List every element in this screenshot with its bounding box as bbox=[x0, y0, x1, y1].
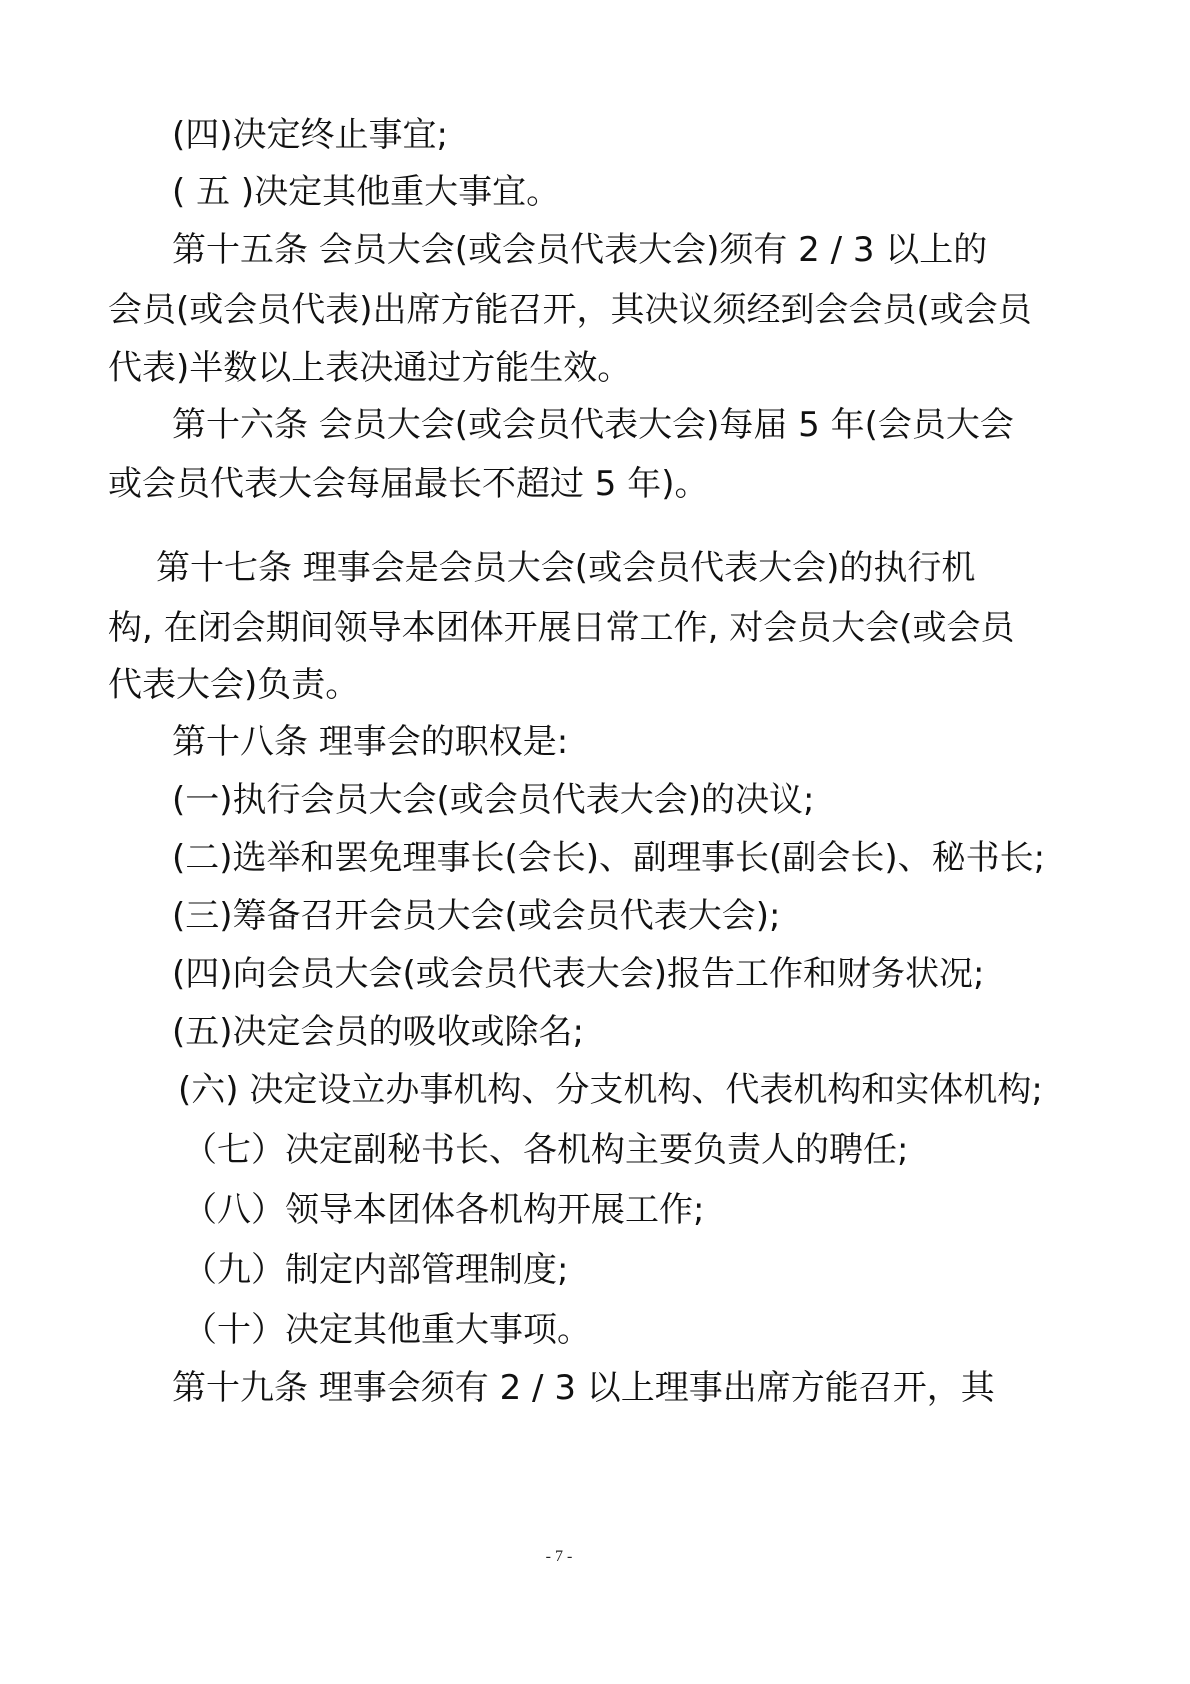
article-18-item-4: (四)向会员大会(或会员代表大会)报告工作和财务状况; bbox=[172, 954, 985, 994]
article-16-line-1: 第十六条 会员大会(或会员代表大会)每届 5 年(会员大会 bbox=[172, 405, 1014, 445]
article-18-item-1: (一)执行会员大会(或会员代表大会)的决议; bbox=[172, 780, 815, 820]
article-18-item-10: （十）决定其他重大事项。 bbox=[183, 1310, 591, 1350]
page-number: - 7 - bbox=[0, 1548, 1118, 1566]
article-15-line-3: 代表)半数以上表决通过方能生效。 bbox=[108, 348, 631, 388]
article-15-line-2: 会员(或会员代表)出席方能召开，其决议须经到会会员(或会员 bbox=[108, 290, 1032, 330]
article-18-item-9: （九）制定内部管理制度; bbox=[183, 1250, 568, 1290]
article-15-line-1: 第十五条 会员大会(或会员代表大会)须有 2 / 3 以上的 bbox=[172, 230, 987, 270]
text-line-si-terminate: (四)决定终止事宜; bbox=[172, 115, 448, 155]
text-line-wu-other-matters: ( 五 )决定其他重大事宜。 bbox=[172, 172, 560, 212]
article-16-line-2: 或会员代表大会每届最长不超过 5 年)。 bbox=[108, 464, 709, 504]
article-18-item-6: (六) 决定设立办事机构、分支机构、代表机构和实体机构; bbox=[178, 1070, 1043, 1110]
article-18-item-7: （七）决定副秘书长、各机构主要负责人的聘任; bbox=[183, 1130, 908, 1170]
article-18-item-2: (二)选举和罢免理事长(会长)、副理事长(副会长)、秘书长; bbox=[172, 838, 1045, 878]
article-17-line-1: 第十七条 理事会是会员大会(或会员代表大会)的执行机 bbox=[156, 548, 975, 588]
article-18-item-8: （八）领导本团体各机构开展工作; bbox=[183, 1190, 704, 1230]
article-18-heading: 第十八条 理事会的职权是: bbox=[172, 722, 568, 762]
article-19-line-1: 第十九条 理事会须有 2 / 3 以上理事出席方能召开，其 bbox=[172, 1368, 995, 1408]
article-17-line-3: 代表大会)负责。 bbox=[108, 665, 359, 705]
article-18-item-5: (五)决定会员的吸收或除名; bbox=[172, 1012, 584, 1052]
article-18-item-3: (三)筹备召开会员大会(或会员代表大会); bbox=[172, 896, 781, 936]
article-17-line-2: 构, 在闭会期间领导本团体开展日常工作, 对会员大会(或会员 bbox=[108, 608, 1015, 648]
